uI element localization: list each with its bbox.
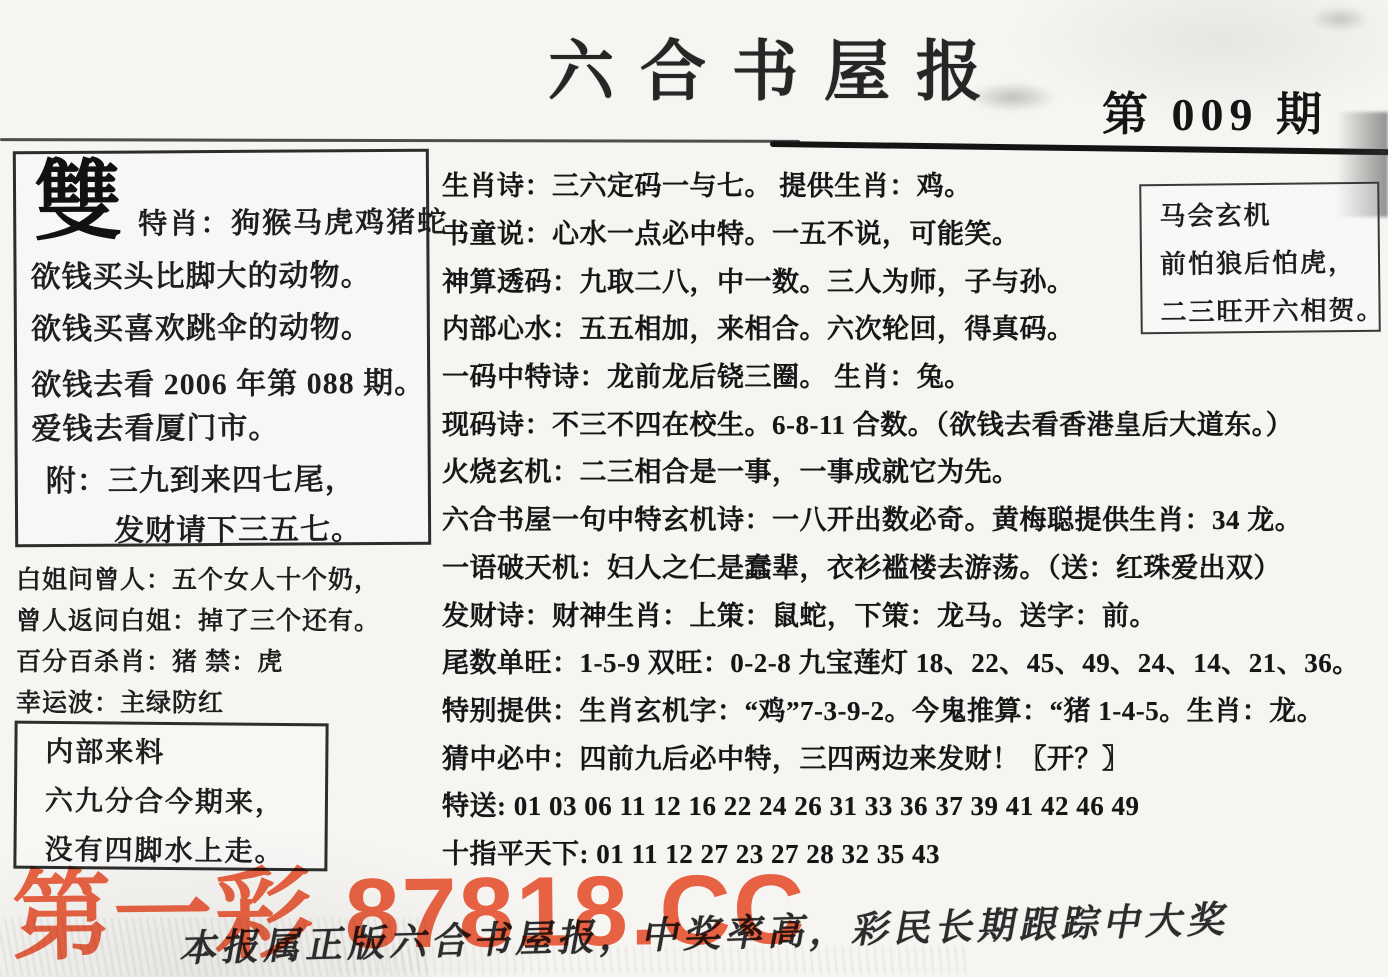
hint-line: 欲钱买喜欢跳伞的动物。 xyxy=(31,302,372,348)
jockey-club-mystery-box: 马会玄机 前怕狼后怕虎， 二三旺开六相贺。 xyxy=(1139,182,1381,335)
header-rule-left xyxy=(0,138,800,143)
hint-line: 发财请下三五七。 xyxy=(114,504,362,550)
newspaper-page: 六合书屋报 第 009 期 雙 特肖：狗猴马虎鸡猪蛇 欲钱买头比脚大的动物。 欲… xyxy=(0,0,1388,977)
hint-line: 爱钱去看厦门市。 xyxy=(31,403,279,449)
dialogue-line: 曾人返问白姐：掉了三个还有。 xyxy=(16,601,436,642)
hint-line: 欲钱去看 2006 年第 088 期。 xyxy=(31,358,425,404)
tip-line-house-poem: 六合书屋一句中特玄机诗：一八开出数必奇。黄梅聪提供生肖：34 龙。 xyxy=(442,494,1388,542)
lucky-wave-line: 幸运波：主绿防红 xyxy=(16,683,436,724)
scan-smudge xyxy=(968,82,1058,112)
special-zodiac-box: 雙 特肖：狗猴马虎鸡猪蛇 欲钱买头比脚大的动物。 欲钱买喜欢跳伞的动物。 欲钱去… xyxy=(13,149,431,548)
kill-zodiac-line: 百分百杀肖：猪 禁：虎 xyxy=(16,642,436,683)
tip-line-special-send: 特送: 01 03 06 11 12 16 22 24 26 31 33 36 … xyxy=(442,780,1388,828)
special-zodiac-line: 特肖：狗猴马虎鸡猪蛇 xyxy=(138,200,448,243)
tip-line-fire-mystery: 火烧玄机：二三相合是一事，一事成就它为先。 xyxy=(442,446,1388,494)
site-watermark: 第一彩 87818.CC xyxy=(11,830,807,977)
tip-line-break-secret: 一语破天机：妇人之仁是蠢辈，衣衫褴楼去游荡。（送：红珠爱出双） xyxy=(442,542,1388,590)
internal-info-line: 六九分合今期来， xyxy=(45,779,325,830)
tip-line-tail-numbers: 尾数单旺：1-5-9 双旺：0-2-8 九宝莲灯 18、22、45、49、24、… xyxy=(442,637,1388,685)
dialogue-line: 白姐问曾人：五个女人十个奶， xyxy=(16,560,436,601)
tip-line-fortune-poem: 发财诗：财神生肖：上策：鼠蛇，下策：龙马。送字：前。 xyxy=(442,589,1388,637)
scan-smudge xyxy=(1310,6,1370,32)
tip-line-current-poem: 现码诗：不三不四在校生。6-8-11 合数。（欲钱去看香港皇后大道东。） xyxy=(442,398,1388,446)
hint-line: 附：三九到来四七尾， xyxy=(46,454,356,500)
tip-line-special-offer: 特别提供：生肖玄机字：“鸡”7-3-9-2。今鬼推算：“猪 1-4-5。生肖：龙… xyxy=(442,685,1388,733)
tip-line-guess-hit: 猜中必中：四前九后必中特，三四两边来发财！〖开？〗 xyxy=(442,732,1388,780)
double-character: 雙 xyxy=(34,160,123,249)
jockey-club-line: 二三旺开六相贺。 xyxy=(1160,290,1378,340)
jockey-club-line: 前怕狼后怕虎， xyxy=(1160,242,1378,292)
tip-line-onecode-poem: 一码中特诗：龙前龙后铙三圈。 生肖：兔。 xyxy=(442,351,1388,399)
hint-line: 欲钱买头比脚大的动物。 xyxy=(30,250,371,296)
internal-info-title: 内部来料 xyxy=(45,730,325,781)
issue-number: 第 009 期 xyxy=(1102,78,1328,144)
left-middle-section: 白姐问曾人：五个女人十个奶， 曾人返问白姐：掉了三个还有。 百分百杀肖：猪 禁：… xyxy=(16,560,436,724)
jockey-club-title: 马会玄机 xyxy=(1159,194,1377,244)
